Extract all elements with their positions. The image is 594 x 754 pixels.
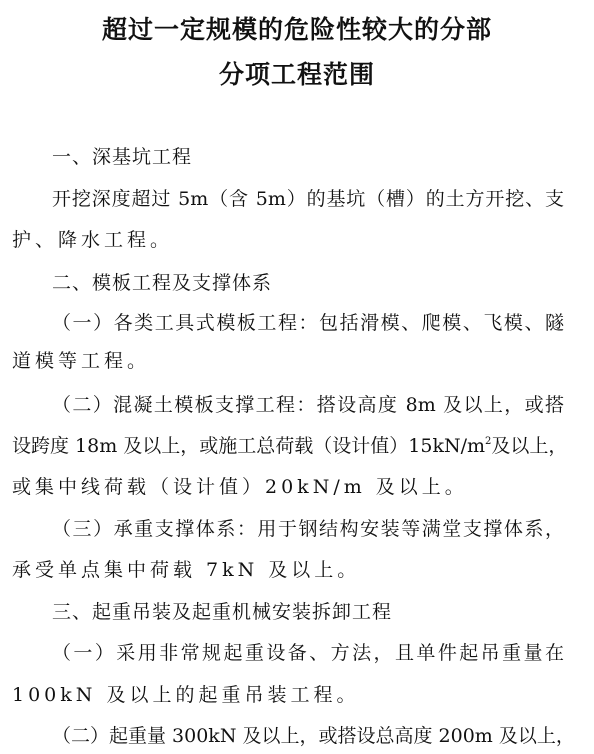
section-heading-2: 二、模板工程及支撑体系 [52, 268, 272, 295]
paragraph-line: （三）承重支撑体系：用于钢结构安装等满堂支撑体系， [52, 514, 564, 541]
paragraph-line: 护、降水工程。 [12, 225, 564, 252]
line-text: 及以上， [491, 435, 567, 457]
paragraph-line: 承受单点集中荷载 7kN 及以上。 [12, 555, 564, 582]
paragraph-line: 设跨度 18m 及以上，或施工总荷载（设计值）15kN/m2及以上， [12, 431, 564, 458]
paragraph-line: （二）混凝土模板支撑工程：搭设高度 8m 及以上，或搭 [52, 390, 564, 417]
paragraph-line: 100kN 及以上的起重吊装工程。 [12, 680, 564, 707]
paragraph-line: 开挖深度超过 5m（含 5m）的基坑（槽）的土方开挖、支 [52, 184, 564, 211]
document-title-line-2: 分项工程范围 [0, 55, 594, 91]
paragraph-line: （二）起重量 300kN 及以上，或搭设总高度 200m 及以上， [52, 721, 564, 748]
line-text: 设跨度 18m 及以上，或施工总荷载（设计值）15kN/m [12, 435, 485, 457]
paragraph-line: 或集中线荷载（设计值）20kN/m 及以上。 [12, 472, 564, 499]
paragraph-line: 道模等工程。 [12, 346, 564, 373]
section-heading-1: 一、深基坑工程 [52, 142, 192, 169]
document-title-line-1: 超过一定规模的危险性较大的分部 [0, 10, 594, 46]
section-heading-3: 三、起重吊装及起重机械安装拆卸工程 [52, 597, 392, 624]
paragraph-line: （一）采用非常规起重设备、方法，且单件起吊重量在 [52, 638, 564, 665]
paragraph-line: （一）各类工具式模板工程：包括滑模、爬模、飞模、隧 [52, 308, 564, 335]
